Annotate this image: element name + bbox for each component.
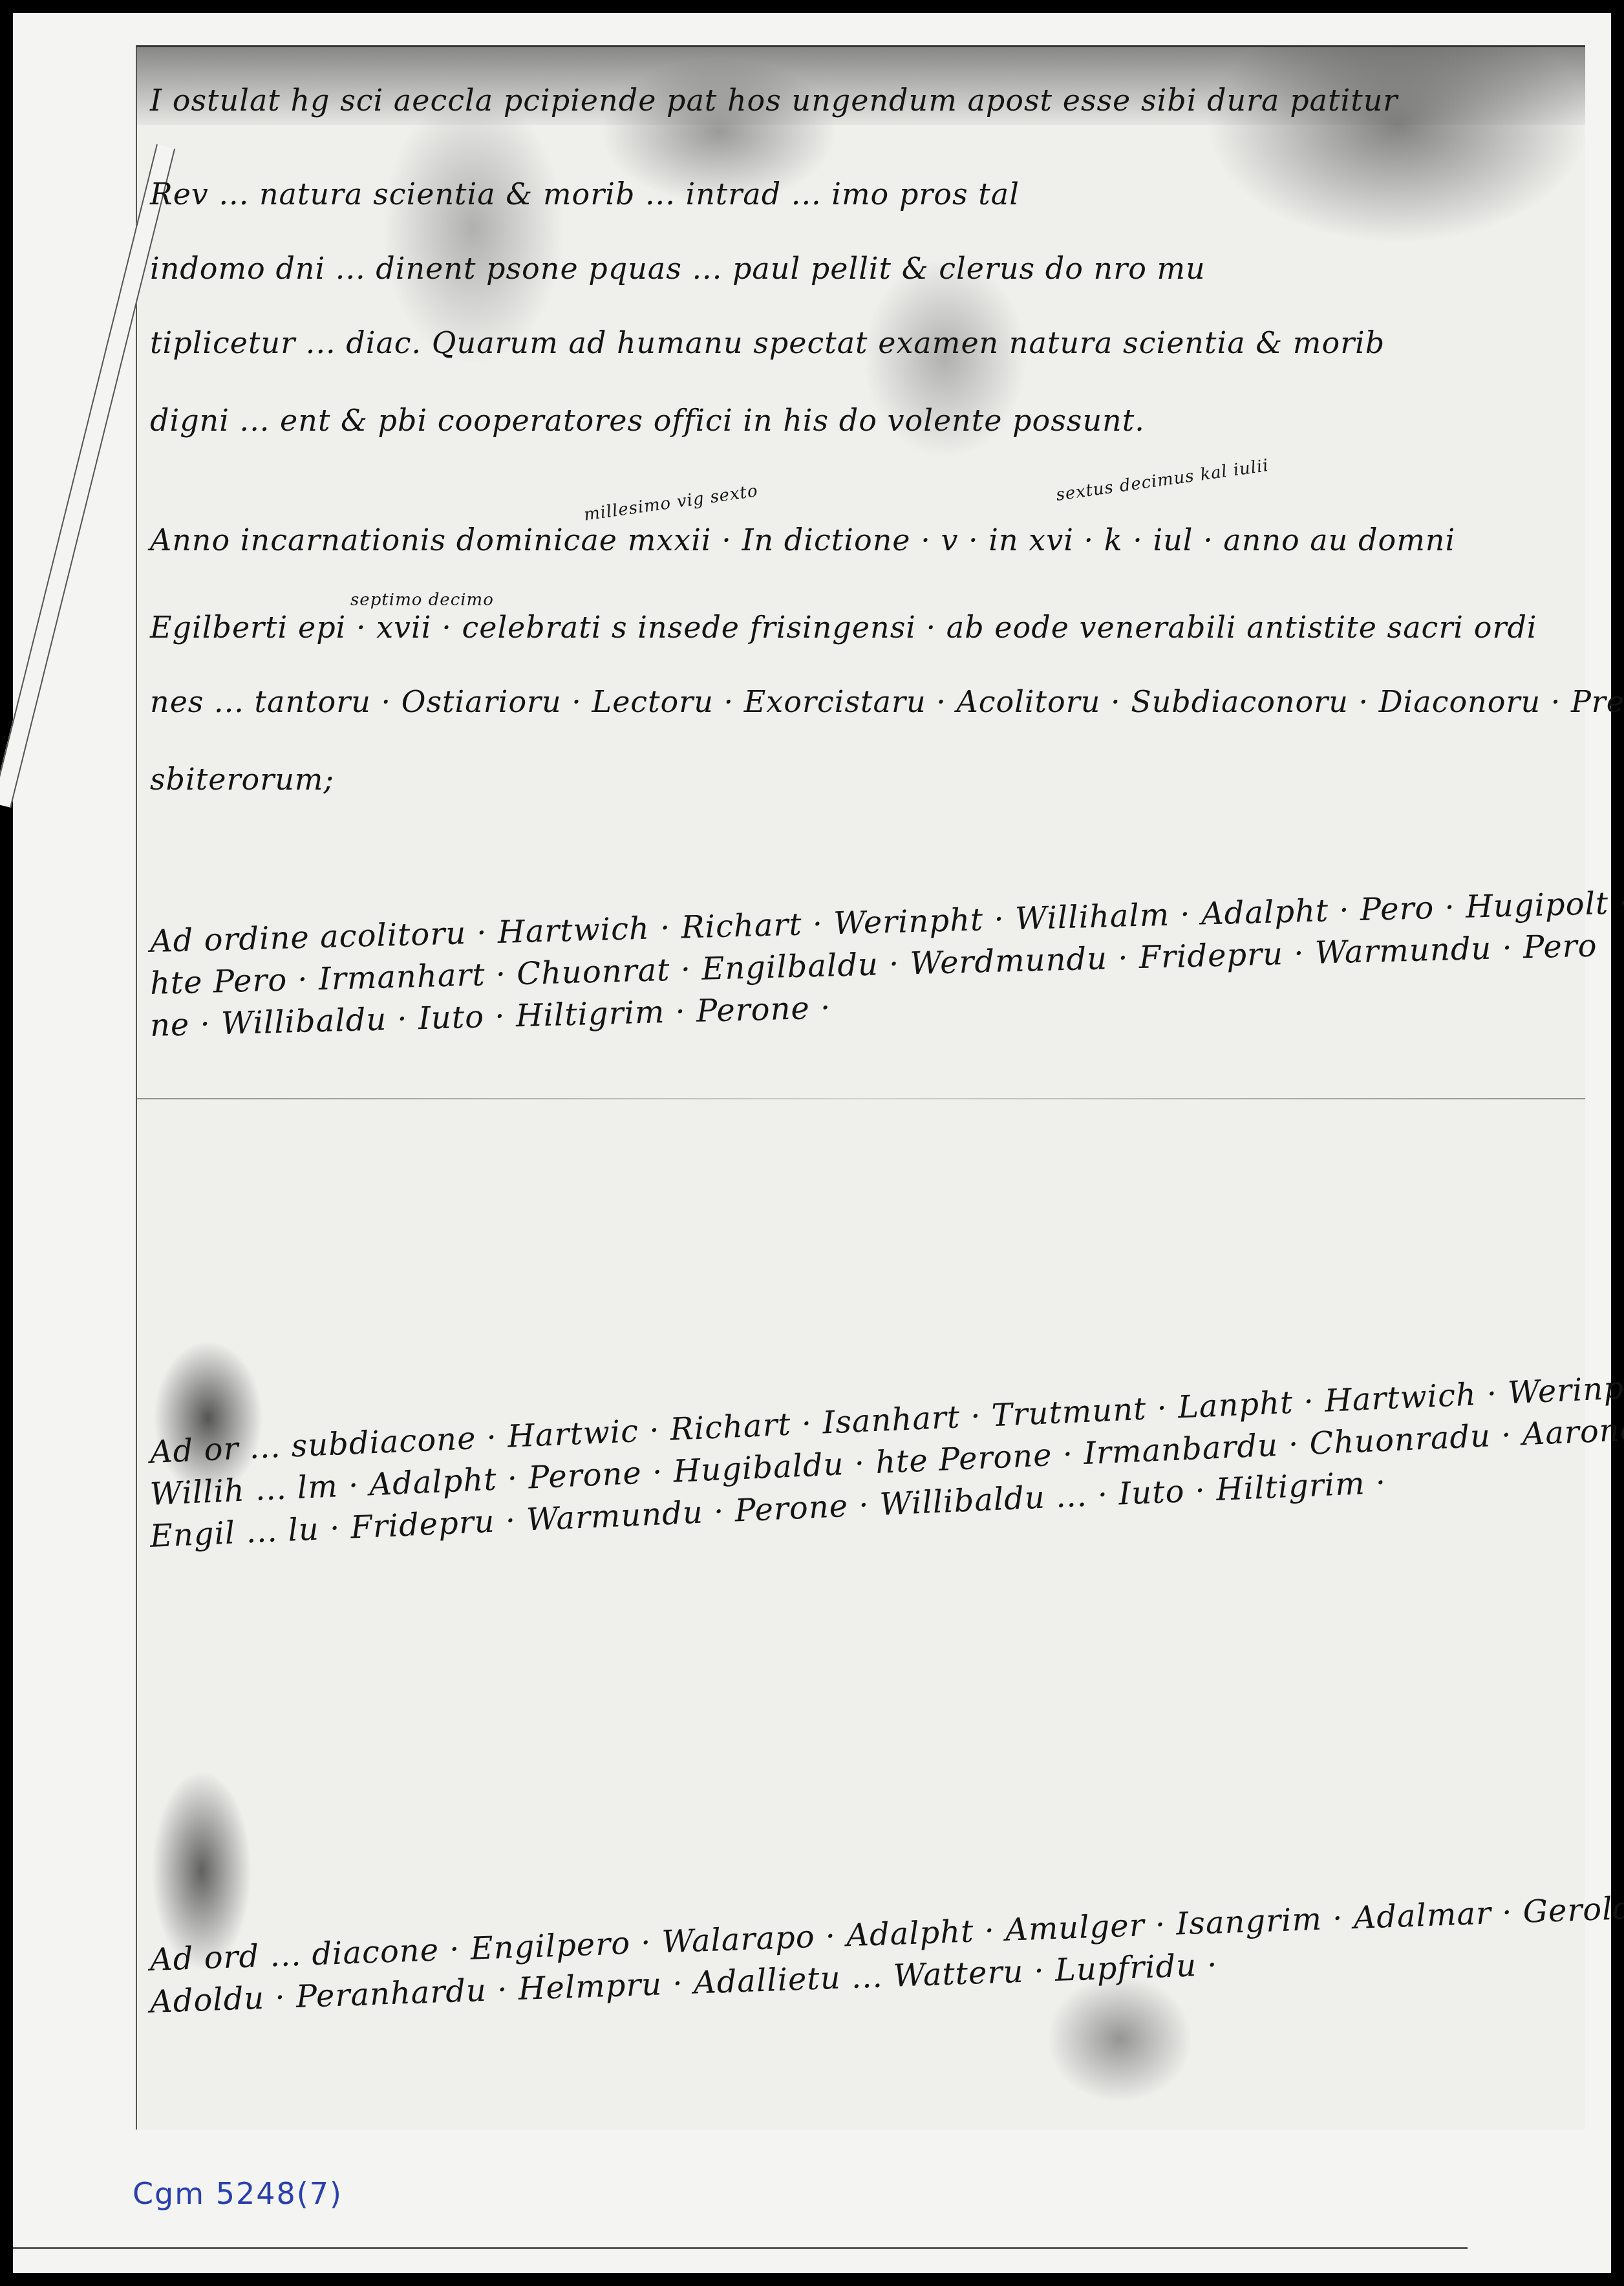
bishop-line: Egilberti epi · xvii · celebrati s insed… [150, 610, 1537, 645]
shelfmark-annotation: Cgm 5248(7) [133, 2176, 343, 2211]
manuscript-parchment: I ostulat hg sci aeccla pcipiende pat ho… [136, 45, 1585, 2130]
preamble-line-5: digni ... ent & pbi cooperatores offici … [150, 403, 1145, 438]
parchment-tear [0, 144, 175, 808]
interlinear-gloss-day: sextus decimus kal iulii [1055, 456, 1270, 505]
interlinear-gloss-year: millesimo vig sexto [582, 481, 759, 525]
preamble-line-3: indomo dni ... dinent psone pquas ... pa… [150, 251, 1206, 286]
interlinear-gloss-regnal: septimo decimo [350, 590, 494, 610]
preamble-line-2: Rev ... natura scientia & morib ... intr… [150, 177, 1020, 211]
preamble-line-4: tiplicetur ... diac. Quarum ad humanu sp… [150, 325, 1385, 360]
orders-line-end: sbiterorum; [150, 762, 334, 797]
orders-line: nes ... tantoru · Ostiarioru · Lectoru ·… [150, 684, 1624, 719]
preamble-line-1: I ostulat hg sci aeccla pcipiende pat ho… [150, 83, 1398, 118]
fold-line [137, 1098, 1585, 1099]
scanned-page: I ostulat hg sci aeccla pcipiende pat ho… [13, 13, 1611, 2273]
page-bottom-rule [13, 2247, 1468, 2249]
date-line: Anno incarnationis dominicae mxxii · In … [150, 523, 1455, 557]
